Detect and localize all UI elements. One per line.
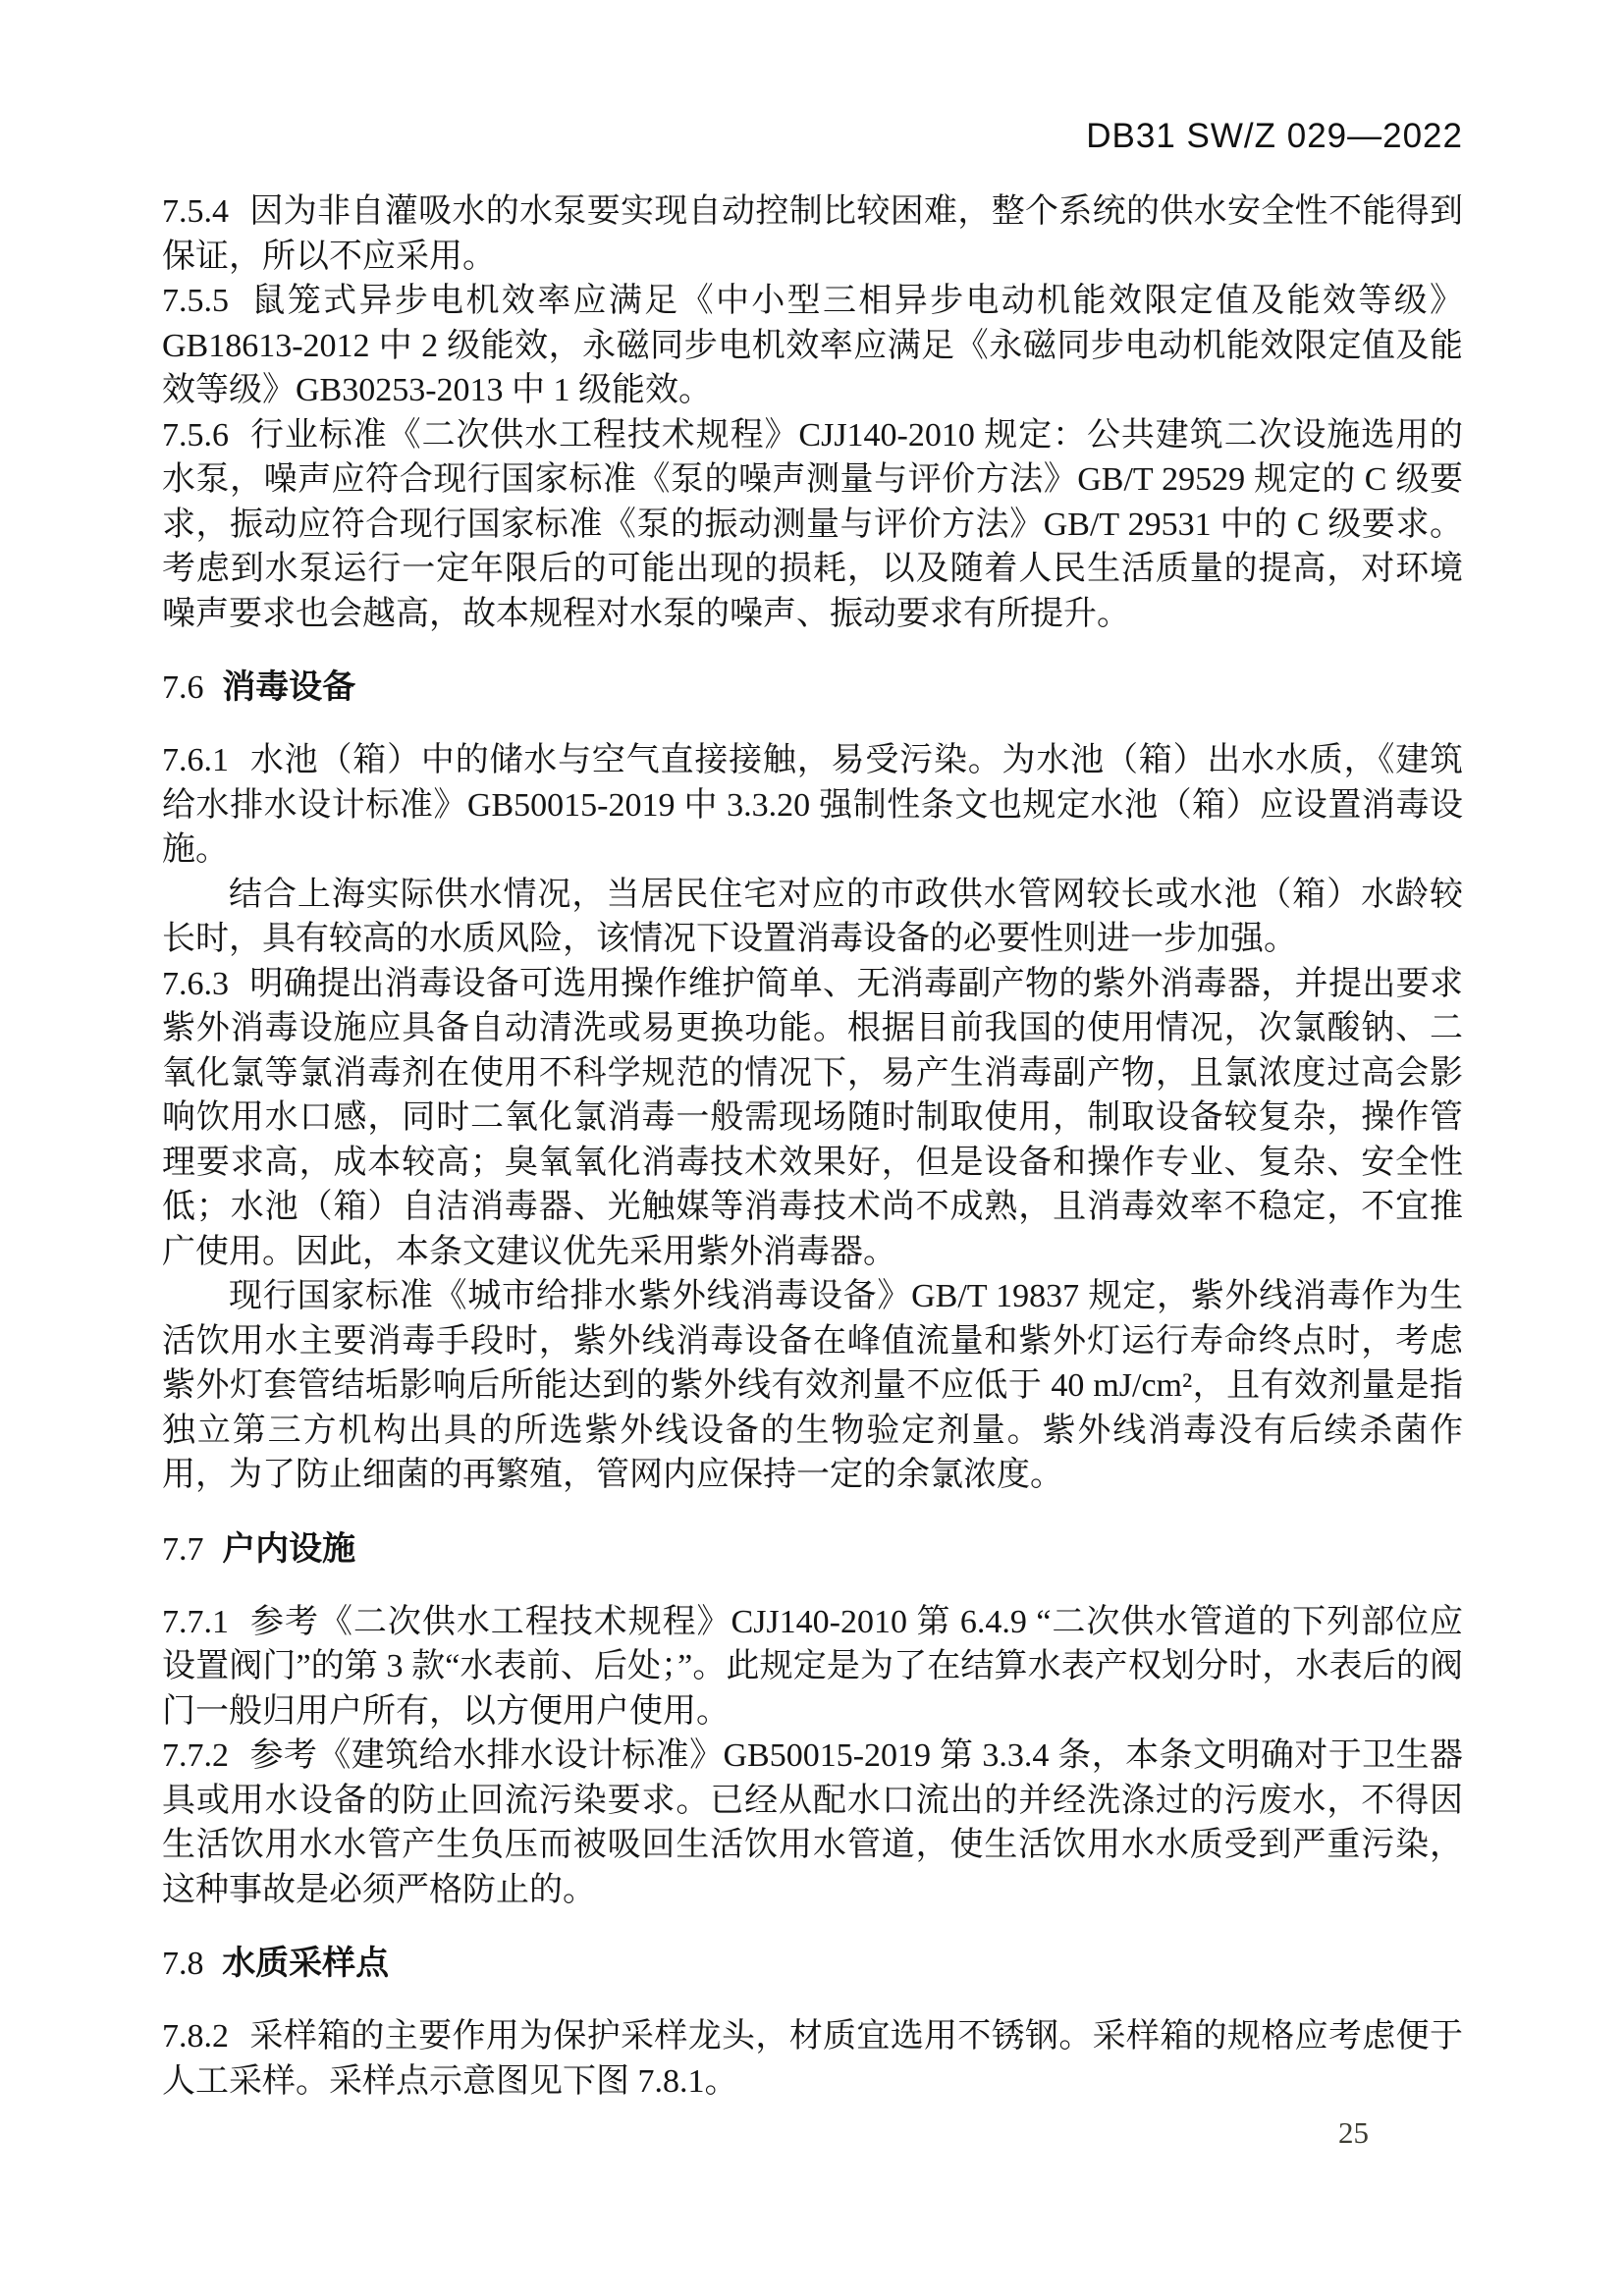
- clause-number: 7.6.3: [162, 966, 229, 1002]
- clause-paragraph: 7.5.6行业标准《二次供水工程技术规程》CJJ140-2010 规定：公共建筑…: [162, 413, 1463, 637]
- clause-text: 参考《建筑给水排水设计标准》GB50015-2019 第 3.3.4 条，本条文…: [162, 1737, 1463, 1908]
- clause-paragraph: 7.5.4因为非自灌吸水的水泵要实现自动控制比较困难，整个系统的供水安全性不能得…: [162, 189, 1463, 279]
- section-heading: 7.8水质采样点: [162, 1941, 1463, 1987]
- section-title: 户内设施: [222, 1530, 355, 1568]
- section-title: 消毒设备: [222, 668, 355, 706]
- section-heading: 7.7户内设施: [162, 1526, 1463, 1573]
- section-number: 7.8: [162, 1946, 204, 1982]
- clause-number: 7.5.5: [162, 283, 229, 319]
- clause-text: 行业标准《二次供水工程技术规程》CJJ140-2010 规定：公共建筑二次设施选…: [162, 417, 1463, 632]
- clause-text: 因为非自灌吸水的水泵要实现自动控制比较困难，整个系统的供水安全性不能得到保证，所…: [162, 193, 1463, 275]
- plain-paragraph: 结合上海实际供水情况，当居民住宅对应的市政供水管网较长或水池（箱）水龄较长时，具…: [162, 873, 1463, 962]
- clause-paragraph: 7.6.3明确提出消毒设备可选用操作维护简单、无消毒副产物的紫外消毒器，并提出要…: [162, 962, 1463, 1275]
- clause-paragraph: 7.7.2参考《建筑给水排水设计标准》GB50015-2019 第 3.3.4 …: [162, 1734, 1463, 1912]
- plain-paragraph: 现行国家标准《城市给排水紫外线消毒设备》GB/T 19837 规定，紫外线消毒作…: [162, 1274, 1463, 1498]
- page-number: 25: [1338, 2116, 1369, 2150]
- section-heading: 7.6消毒设备: [162, 665, 1463, 711]
- clause-number: 7.7.1: [162, 1604, 229, 1640]
- section-number: 7.6: [162, 669, 204, 706]
- clause-number: 7.5.4: [162, 193, 229, 230]
- clause-number: 7.7.2: [162, 1737, 229, 1774]
- section-title: 水质采样点: [222, 1945, 389, 1982]
- section-number: 7.7: [162, 1531, 204, 1568]
- doc-code: DB31 SW/Z 029—2022: [1086, 117, 1463, 155]
- page-header: DB31 SW/Z 029—2022: [162, 118, 1463, 155]
- clause-paragraph: 7.6.1水池（箱）中的储水与空气直接接触，易受污染。为水池（箱）出水水质，《建…: [162, 738, 1463, 873]
- clause-text: 明确提出消毒设备可选用操作维护简单、无消毒副产物的紫外消毒器，并提出要求紫外消毒…: [162, 966, 1463, 1270]
- clause-number: 7.6.1: [162, 742, 229, 778]
- clause-text: 鼠笼式异步电机效率应满足《中小型三相异步电动机能效限定值及能效等级》GB1861…: [162, 283, 1463, 408]
- document-content: 7.5.4因为非自灌吸水的水泵要实现自动控制比较困难，整个系统的供水安全性不能得…: [162, 189, 1463, 2104]
- clause-paragraph: 7.8.2采样箱的主要作用为保护采样龙头，材质宜选用不锈钢。采样箱的规格应考虑便…: [162, 2014, 1463, 2104]
- document-page: DB31 SW/Z 029—2022 7.5.4因为非自灌吸水的水泵要实现自动控…: [0, 0, 1624, 2296]
- clause-text: 参考《二次供水工程技术规程》CJJ140-2010 第 6.4.9 “二次供水管…: [162, 1604, 1463, 1730]
- clause-text: 采样箱的主要作用为保护采样龙头，材质宜选用不锈钢。采样箱的规格应考虑便于人工采样…: [162, 2018, 1463, 2100]
- clause-paragraph: 7.5.5鼠笼式异步电机效率应满足《中小型三相异步电动机能效限定值及能效等级》G…: [162, 279, 1463, 413]
- clause-number: 7.5.6: [162, 417, 229, 454]
- clause-number: 7.8.2: [162, 2018, 229, 2055]
- clause-paragraph: 7.7.1参考《二次供水工程技术规程》CJJ140-2010 第 6.4.9 “…: [162, 1600, 1463, 1735]
- clause-text: 水池（箱）中的储水与空气直接接触，易受污染。为水池（箱）出水水质，《建筑给水排水…: [162, 742, 1463, 868]
